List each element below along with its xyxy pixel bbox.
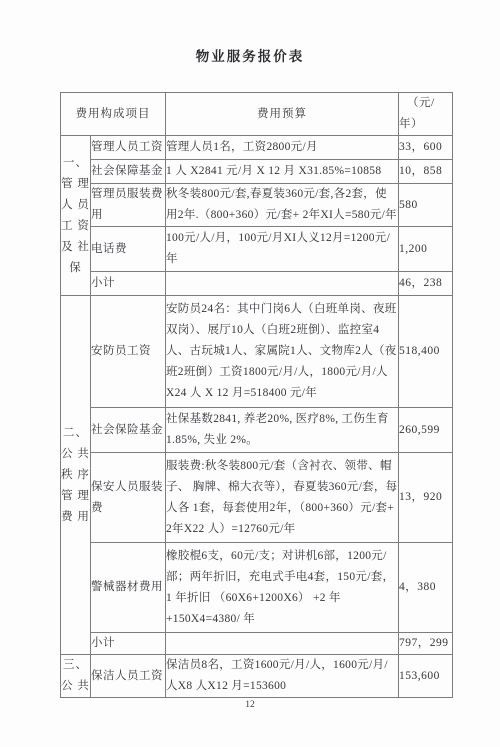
subtotal-description <box>166 633 399 655</box>
item-amount: 4，380 <box>399 543 453 633</box>
table-row: 电话费 100元/人/月，100元/月XI人义12月=1200元/年 1,200 <box>61 227 453 272</box>
table-row: 社会保险基金 社保基数2841, 养老20%, 医疗8%, 工伤生育 1.85%… <box>61 408 453 453</box>
item-amount: 10，858 <box>399 160 453 184</box>
table-row: 保安人员服装费 服装费:秋冬装800元/套（含衬衣、领带、帽子、 胸牌、棉大衣等… <box>61 453 453 543</box>
item-description: 服装费:秋冬装800元/套（含衬衣、领带、帽子、 胸牌、棉大衣等），春夏装360… <box>166 453 399 543</box>
item-name: 管理人员工资 <box>91 136 166 160</box>
item-name: 社会保障基金 <box>91 160 166 184</box>
table-row: 警械器材费用 橡胶棍6支，60元/支；对讲机6部，1200元/ 部；两年折旧，充… <box>61 543 453 633</box>
item-amount: 580 <box>399 184 453 227</box>
document-page: 物业服务报价表 费用构成项目 费用预算 （元/ 年） 一、 管 理 人 员 工 … <box>0 0 500 747</box>
subtotal-amount: 46，238 <box>399 272 453 296</box>
page-title: 物业服务报价表 <box>0 0 500 65</box>
table-row: 社会保障基金 1 人 X2841 元/月 X 12 月 X31.85%=1085… <box>61 160 453 184</box>
item-name: 电话费 <box>91 227 166 272</box>
item-description: 秋冬装800元/套,春夏装360元/套,各2套，使 用2年.（800+360）元… <box>166 184 399 227</box>
item-description: 1 人 X2841 元/月 X 12 月 X31.85%=10858 <box>166 160 399 184</box>
item-name: 警械器材费用 <box>91 543 166 633</box>
item-description: 社保基数2841, 养老20%, 医疗8%, 工伤生育 1.85%, 失业 2%… <box>166 408 399 453</box>
item-amount: 153,600 <box>399 655 453 698</box>
item-description: 管理人员1名，工资2800元/月 <box>166 136 399 160</box>
table-header-row: 费用构成项目 费用预算 （元/ 年） <box>61 93 453 136</box>
table-row: 三、 公 共 保洁人员工资 保洁员8名，工资1600元/月/人，1600元/月/… <box>61 655 453 698</box>
table-row: 二、 公 共 秩 序 管 理 费 用 安防员工资 安防员24名：其中门岗6人（白… <box>61 296 453 408</box>
group-label-public-cleaning: 三、 公 共 <box>61 655 91 698</box>
item-amount: 13，920 <box>399 453 453 543</box>
header-unit-per-year: （元/ 年） <box>399 93 453 136</box>
quotation-table: 费用构成项目 费用预算 （元/ 年） 一、 管 理 人 员 工 资 及 社 保 … <box>60 92 453 698</box>
header-cost-items: 费用构成项目 <box>61 93 166 136</box>
item-name: 保洁人员工资 <box>91 655 166 698</box>
page-number: 12 <box>0 700 500 710</box>
subtotal-row: 小计 46，238 <box>61 272 453 296</box>
item-amount: 1,200 <box>399 227 453 272</box>
table-row: 一、 管 理 人 员 工 资 及 社 保 管理人员工资 管理人员1名，工资280… <box>61 136 453 160</box>
subtotal-description <box>166 272 399 296</box>
item-description: 橡胶棍6支，60元/支；对讲机6部，1200元/ 部；两年折旧，充电式手电4套，… <box>166 543 399 633</box>
group-label-public-order: 二、 公 共 秩 序 管 理 费 用 <box>61 296 91 655</box>
item-amount: 33，600 <box>399 136 453 160</box>
subtotal-row: 小计 797，299 <box>61 633 453 655</box>
item-name: 安防员工资 <box>91 296 166 408</box>
item-name: 管理员服装费用 <box>91 184 166 227</box>
group-label-management-staff: 一、 管 理 人 员 工 资 及 社 保 <box>61 136 91 296</box>
subtotal-label: 小计 <box>91 272 166 296</box>
item-amount: 518,400 <box>399 296 453 408</box>
item-amount: 260,599 <box>399 408 453 453</box>
table-row: 管理员服装费用 秋冬装800元/套,春夏装360元/套,各2套，使 用2年.（8… <box>61 184 453 227</box>
subtotal-label: 小计 <box>91 633 166 655</box>
item-name: 社会保险基金 <box>91 408 166 453</box>
item-description: 100元/人/月，100元/月XI人义12月=1200元/年 <box>166 227 399 272</box>
item-name: 保安人员服装费 <box>91 453 166 543</box>
item-description: 安防员24名：其中门岗6人（白班单岗、夜班 双岗）、展厅10人（白班2班倒）、监… <box>166 296 399 408</box>
subtotal-amount: 797，299 <box>399 633 453 655</box>
item-description: 保洁员8名，工资1600元/月/人，1600元/月/ 人X8 人X12 月=15… <box>166 655 399 698</box>
header-budget: 费用预算 <box>166 93 399 136</box>
